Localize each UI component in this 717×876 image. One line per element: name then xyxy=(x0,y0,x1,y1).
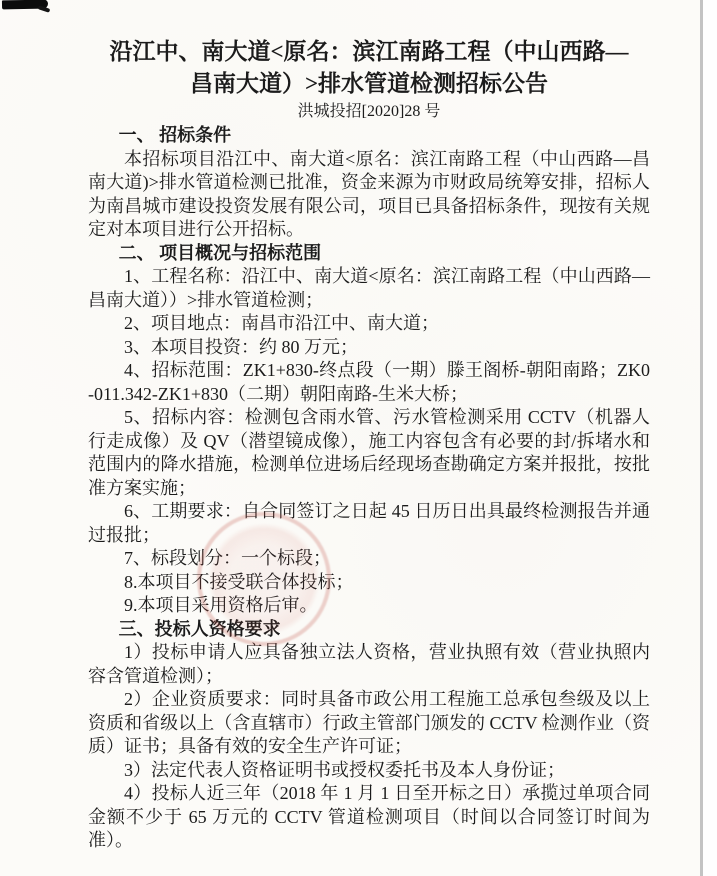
section-2-item-7: 7、标段划分：一个标段； xyxy=(88,547,650,571)
section-3-item-1: 1）投标申请人应具备独立法人资格，营业执照有效（营业执照内容含管道检测）； xyxy=(88,641,650,688)
scan-edge-margin xyxy=(703,0,717,876)
section-2-item-9: 9.本项目采用资格后审。 xyxy=(88,594,650,618)
document-title-line-1: 沿江中、南大道<原名：滨江南路工程（中山西路— xyxy=(88,36,650,68)
section-2-item-5: 5、招标内容：检测包含雨水管、污水管检测采用 CCTV（机器人行走成像）及 QV… xyxy=(88,406,650,500)
section-2-item-1: 1、工程名称：沿江中、南大道<原名：滨江南路工程（中山西路—昌南大道））>排水管… xyxy=(88,265,650,312)
section-3-item-4: 4）投标人近三年（2018 年 1 月 1 日至开标之日）承揽过单项合同金额不少… xyxy=(88,782,650,853)
section-2-item-6: 6、工期要求：自合同签订之日起 45 日历日出具最终检测报告并通过报批； xyxy=(88,500,650,547)
section-3-heading: 三、投标人资格要求 xyxy=(88,618,650,642)
section-2-item-8: 8.本项目不接受联合体投标； xyxy=(88,571,650,595)
section-2-item-3: 3、本项目投资：约 80 万元； xyxy=(88,336,650,360)
section-3-item-2: 2）企业资质要求：同时具备市政公用工程施工总承包叁级及以上资质和省级以上（含直辖… xyxy=(88,688,650,759)
section-3-item-3: 3）法定代表人资格证明书或授权委托书及本人身份证； xyxy=(88,759,650,783)
section-2-item-2: 2、项目地点：南昌市沿江中、南大道； xyxy=(88,312,650,336)
section-1-paragraph: 本招标项目沿江中、南大道<原名：滨江南路工程（中山西路—昌南大道)>排水管道检测… xyxy=(88,148,650,242)
document-content: 沿江中、南大道<原名：滨江南路工程（中山西路— 昌南大道）>排水管道检测招标公告… xyxy=(88,36,650,853)
scan-artifact-speck xyxy=(38,5,51,13)
document-body: 一、 招标条件 本招标项目沿江中、南大道<原名：滨江南路工程（中山西路—昌南大道… xyxy=(88,124,650,853)
document-title-line-2: 昌南大道）>排水管道检测招标公告 xyxy=(88,68,650,100)
section-1-heading: 一、 招标条件 xyxy=(88,124,650,148)
document-title: 沿江中、南大道<原名：滨江南路工程（中山西路— 昌南大道）>排水管道检测招标公告 xyxy=(88,36,650,100)
scanned-document-page: 沿江中、南大道<原名：滨江南路工程（中山西路— 昌南大道）>排水管道检测招标公告… xyxy=(0,0,717,876)
section-2-heading: 二、 项目概况与招标范围 xyxy=(88,242,650,266)
document-number: 洪城投招[2020]28 号 xyxy=(88,100,650,124)
section-2-item-4: 4、招标范围：ZK1+830-终点段（一期）滕王阁桥-朝阳南路；ZK0-011.… xyxy=(88,359,650,406)
